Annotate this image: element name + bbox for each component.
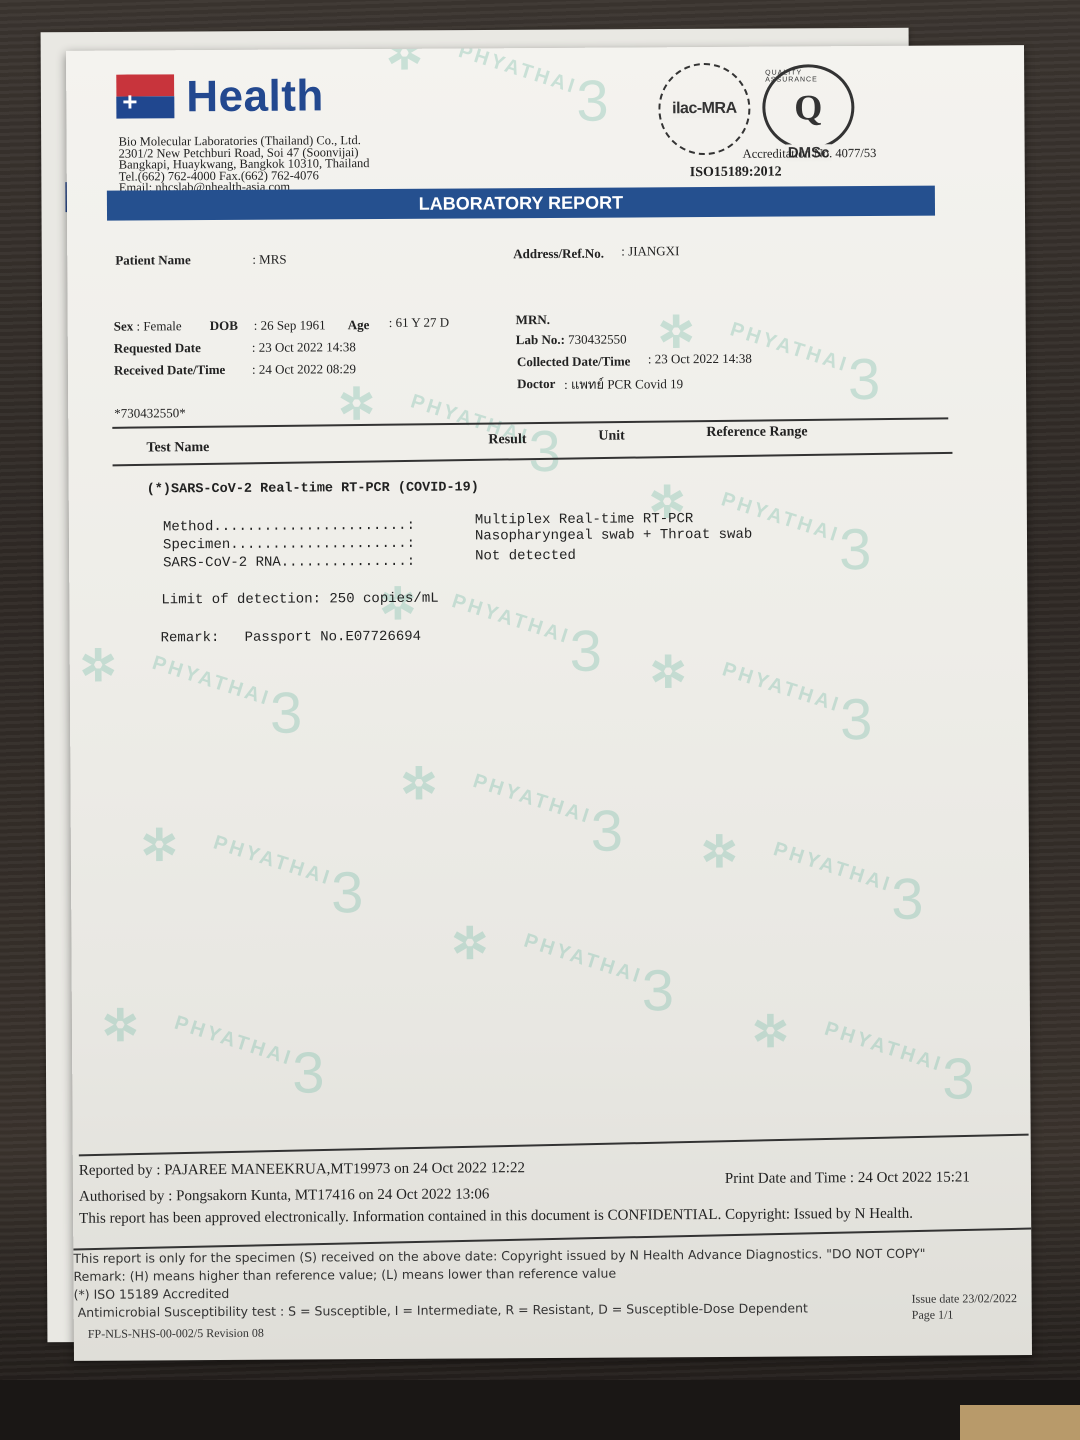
ilac-mra-seal-icon: ilac-MRA bbox=[658, 63, 751, 156]
address-value: : JIANGXI bbox=[621, 243, 679, 259]
patient-name-label: Patient Name bbox=[115, 252, 191, 268]
watermark: ✲PHYATHAI3 bbox=[449, 608, 572, 632]
received-date-label: Received Date/Time bbox=[114, 362, 225, 379]
collected-date-value: : 23 Oct 2022 14:38 bbox=[648, 351, 752, 368]
method-value: Multiplex Real-time RT-PCR bbox=[475, 511, 694, 528]
watermark: ✲PHYATHAI3 bbox=[471, 788, 594, 812]
watermark: ✲PHYATHAI3 bbox=[211, 849, 334, 873]
antimicrobial-note: Antimicrobial Susceptibility test : S = … bbox=[78, 1300, 808, 1319]
specimen-label: Specimen.....................: bbox=[163, 536, 415, 554]
sex-label: Sex : Female bbox=[114, 318, 182, 334]
molecule-icon: ✲ bbox=[338, 379, 375, 430]
watermark: ✲PHYATHAI3 bbox=[408, 408, 531, 432]
rna-label: SARS-CoV-2 RNA...............: bbox=[163, 554, 415, 572]
hl-remark: Remark: (H) means higher than reference … bbox=[73, 1266, 616, 1284]
accreditation-number: Accreditation No. 4077/53 bbox=[743, 146, 877, 162]
dob-label: DOB bbox=[210, 318, 238, 334]
lab-no-label: Lab No.: 730432550 bbox=[516, 332, 627, 349]
watermark: ✲PHYATHAI3 bbox=[150, 670, 273, 694]
molecule-icon: ✲ bbox=[752, 1007, 789, 1058]
molecule-icon: ✲ bbox=[102, 1000, 139, 1051]
doctor-label: Doctor bbox=[517, 376, 555, 392]
nhealth-logo-icon: + bbox=[116, 74, 174, 120]
watermark: ✲PHYATHAI3 bbox=[456, 58, 579, 82]
report-title-banner: LABORATORY REPORT bbox=[107, 186, 935, 221]
mrn-label: MRN. bbox=[516, 312, 550, 328]
authorised-by: Authorised by : Pongsakorn Kunta, MT1741… bbox=[79, 1186, 489, 1206]
address-label: Address/Ref.No. bbox=[513, 246, 604, 263]
limit-of-detection: Limit of detection: 250 copies/mL bbox=[161, 591, 438, 609]
issue-date: Issue date 23/02/2022 bbox=[912, 1291, 1017, 1307]
confidential-notice: This report has been approved electronic… bbox=[79, 1206, 913, 1228]
requested-date-value: : 23 Oct 2022 14:38 bbox=[252, 339, 356, 356]
form-number: FP-NLS-NHS-00-002/5 Revision 08 bbox=[88, 1326, 264, 1342]
specimen-value: Nasopharyngeal swab + Throat swab bbox=[475, 527, 752, 545]
column-header-reference-range: Reference Range bbox=[706, 424, 807, 441]
dob-value: : 26 Sep 1961 bbox=[254, 317, 326, 333]
molecule-icon: ✲ bbox=[451, 918, 488, 969]
nhealth-logo: + Health bbox=[116, 71, 324, 122]
rna-result-value: Not detected bbox=[475, 548, 576, 565]
print-date: Print Date and Time : 24 Oct 2022 15:21 bbox=[725, 1169, 970, 1187]
watermark: ✲PHYATHAI3 bbox=[720, 676, 843, 700]
dmsc-quality-seal-icon: QUALITY ASSURANCE Q DMSc bbox=[762, 64, 855, 151]
footer-rule bbox=[79, 1134, 1029, 1156]
molecule-icon: ✲ bbox=[141, 820, 178, 871]
logo-text: Health bbox=[186, 71, 324, 122]
watermark: ✲PHYATHAI3 bbox=[771, 856, 894, 880]
iso-accredited-note: (*) ISO 15189 Accredited bbox=[74, 1286, 230, 1302]
molecule-icon: ✲ bbox=[650, 647, 687, 698]
barcode-text: *730432550* bbox=[114, 405, 186, 421]
passport-remark: Remark: Passport No.E07726694 bbox=[161, 629, 422, 647]
column-header-test-name: Test Name bbox=[146, 440, 209, 456]
age-value: : 61 Y 27 D bbox=[389, 315, 450, 331]
age-label: Age bbox=[348, 317, 370, 333]
watermark: ✲PHYATHAI3 bbox=[521, 947, 644, 971]
company-address: Bio Molecular Laboratories (Thailand) Co… bbox=[119, 135, 370, 194]
molecule-icon: ✲ bbox=[80, 641, 117, 692]
column-header-result: Result bbox=[488, 432, 526, 448]
column-header-unit: Unit bbox=[598, 429, 625, 445]
collected-date-label: Collected Date/Time bbox=[517, 353, 631, 370]
iso-standard: ISO15189:2012 bbox=[690, 165, 782, 182]
lab-report-page: ✲PHYATHAI3 ✲PHYATHAI3 ✲PHYATHAI3 ✲PHYATH… bbox=[66, 45, 1032, 1361]
desk-corner bbox=[960, 1405, 1080, 1440]
desk-edge bbox=[0, 1380, 1080, 1440]
test-title: (*)SARS-CoV-2 Real-time RT-PCR (COVID-19… bbox=[147, 480, 479, 497]
patient-name-value: : MRS bbox=[252, 252, 286, 268]
requested-date-label: Requested Date bbox=[114, 340, 201, 357]
reported-by: Reported by : PAJAREE MANEEKRUA,MT19973 … bbox=[79, 1160, 525, 1180]
method-label: Method.......................: bbox=[163, 518, 415, 536]
doctor-value: : แพทย์ PCR Covid 19 bbox=[564, 373, 683, 395]
molecule-icon: ✲ bbox=[701, 827, 738, 878]
page-number: Page 1/1 bbox=[912, 1308, 954, 1323]
molecule-icon: ✲ bbox=[386, 45, 423, 80]
molecule-icon: ✲ bbox=[400, 759, 437, 810]
watermark: ✲PHYATHAI3 bbox=[822, 1036, 945, 1060]
received-date-value: : 24 Oct 2022 08:29 bbox=[252, 361, 356, 378]
watermark: ✲PHYATHAI3 bbox=[172, 1030, 295, 1054]
specimen-notice: This report is only for the specimen (S)… bbox=[73, 1246, 925, 1266]
